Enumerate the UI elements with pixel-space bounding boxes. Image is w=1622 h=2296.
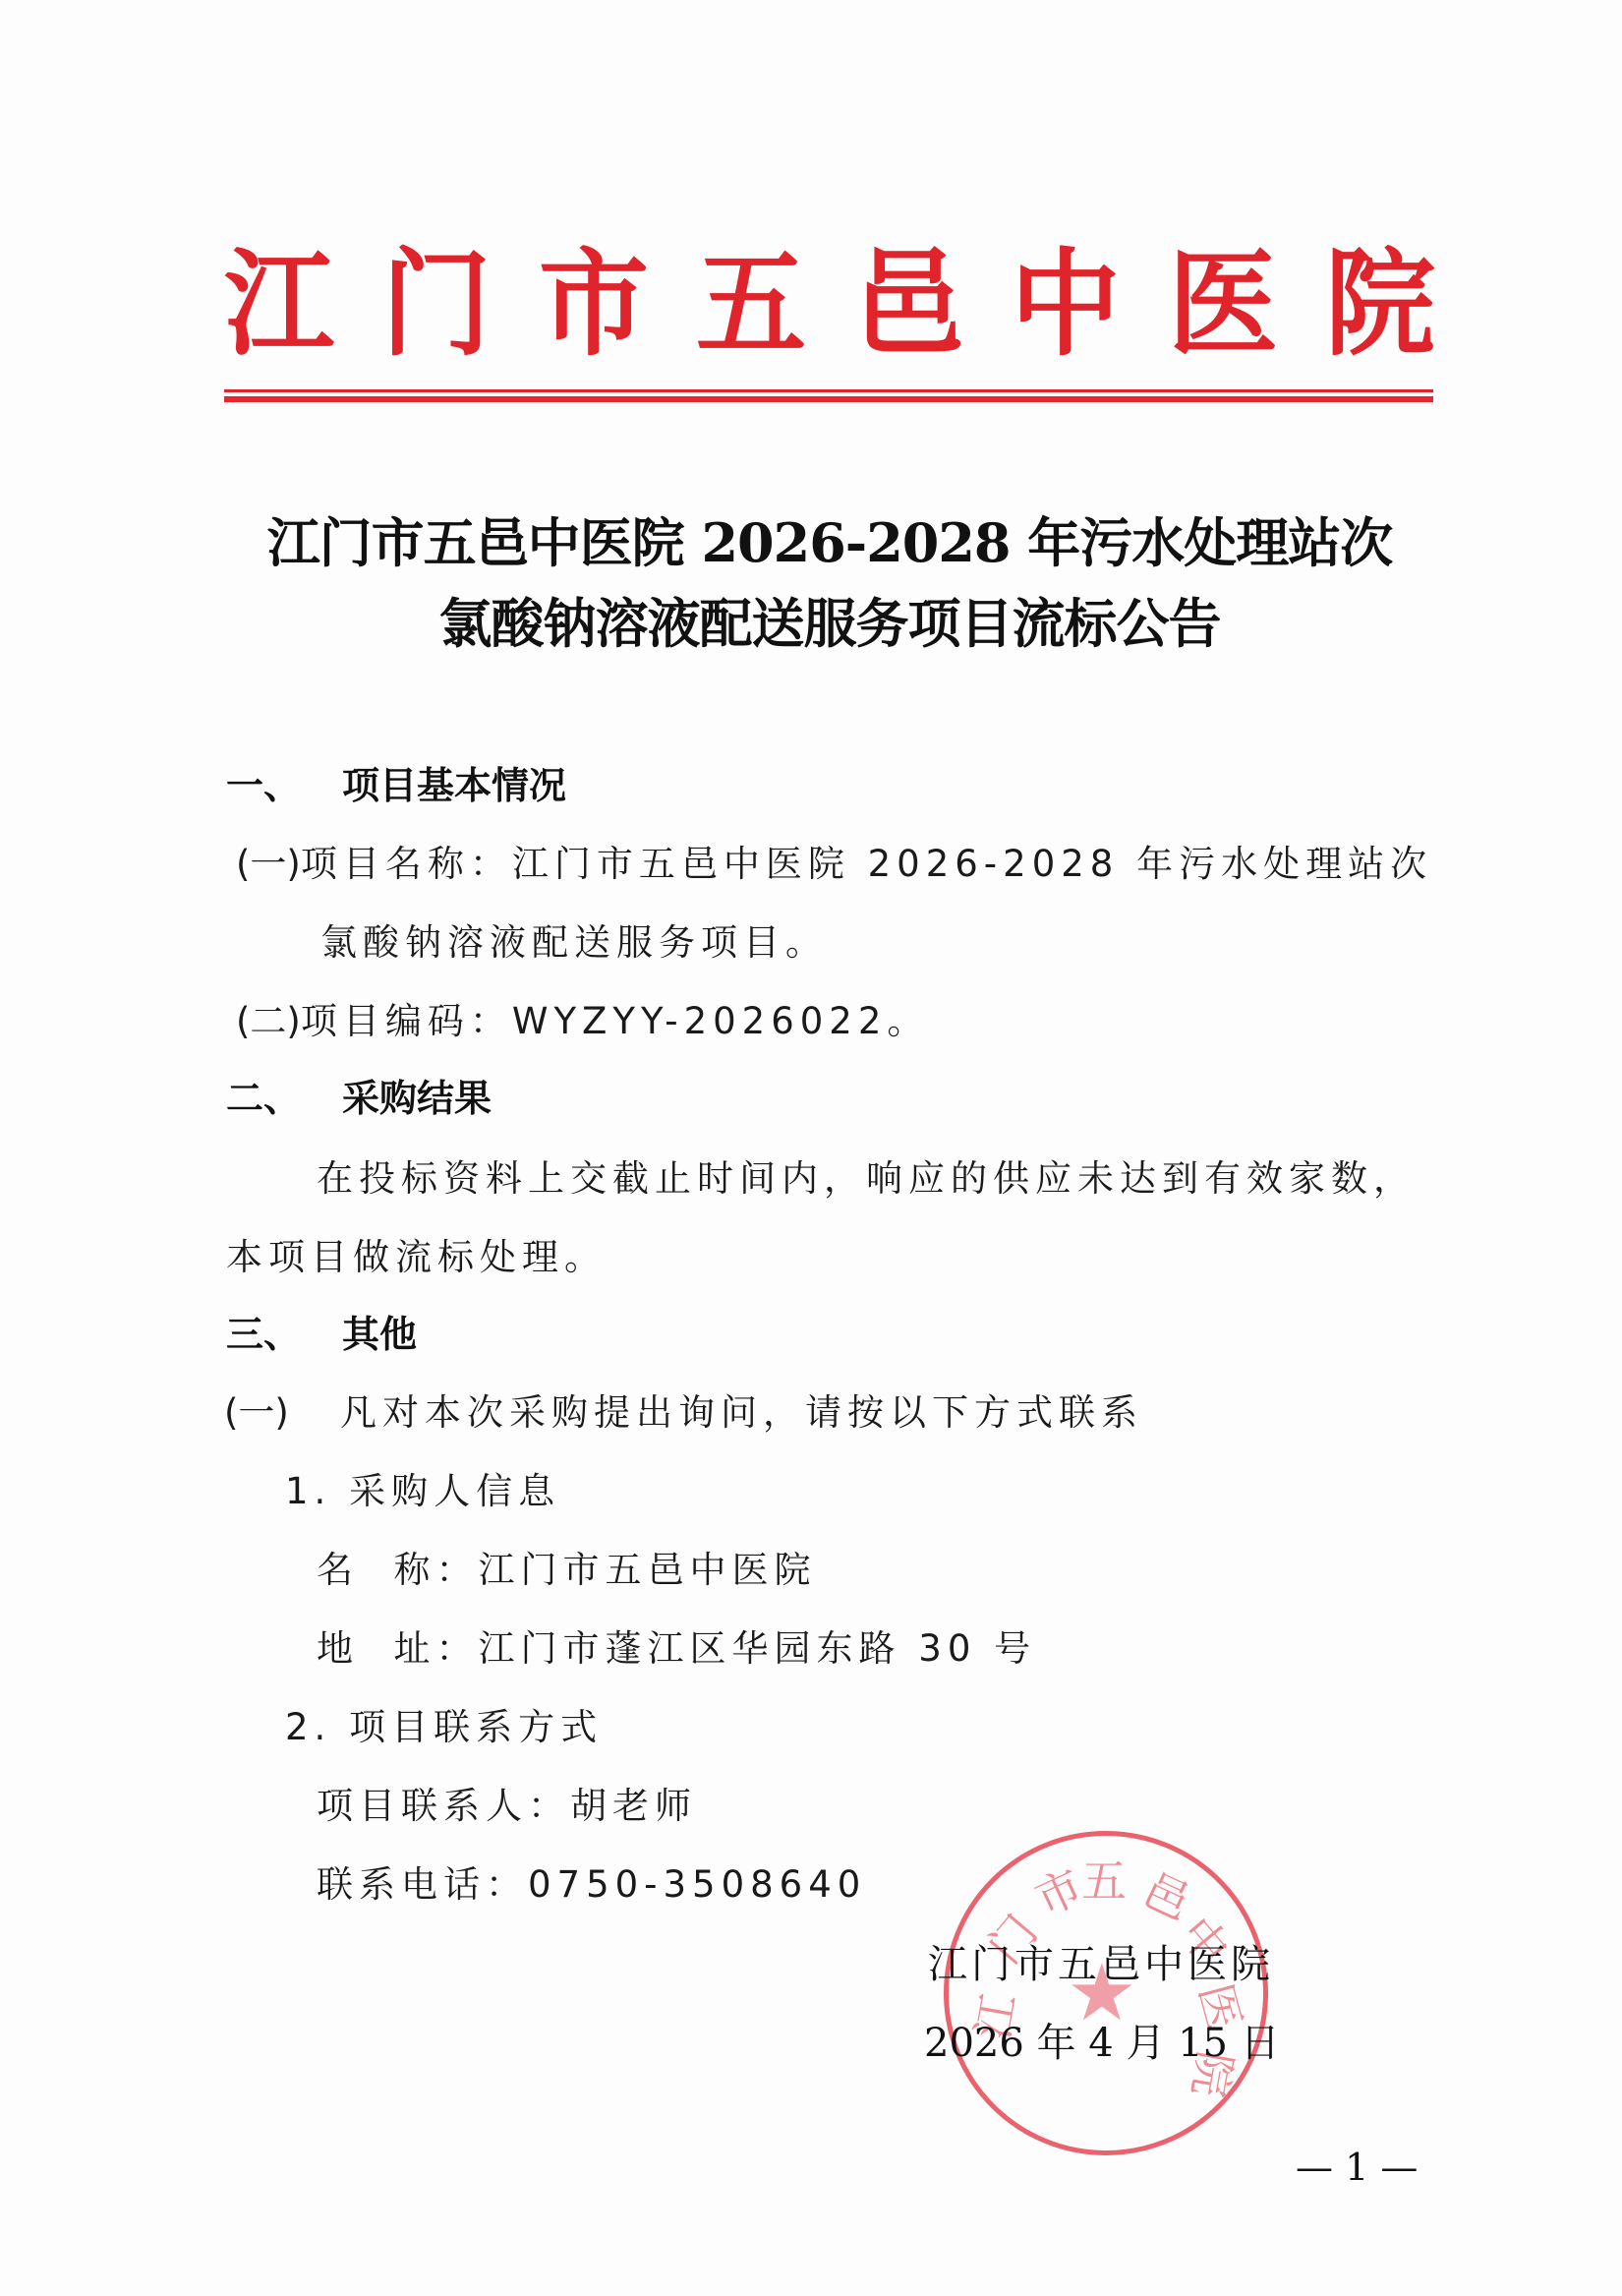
result-paragraph-line-2: 本项目做流标处理。 <box>226 1227 607 1280</box>
document-title-line-2: 氯酸钠溶液配送服务项目流标公告 <box>224 582 1435 658</box>
section-1-heading: 一、项目基本情况 <box>226 755 566 809</box>
letterhead-char: 邑 <box>853 247 963 363</box>
buyer-name: 名 称：江门市五邑中医院 <box>317 1540 817 1593</box>
letterhead-char: 中 <box>1011 247 1121 363</box>
official-seal: 江 门 市 五 邑 中 医 院 ★ <box>944 1831 1268 2155</box>
project-code: (二)项目编码：WYZYY-2026022。 <box>236 991 929 1044</box>
item-prefix: (一) <box>224 1383 340 1436</box>
section-2-heading: 二、采购结果 <box>226 1068 492 1122</box>
letterhead-char: 门 <box>381 247 492 363</box>
section-3-heading: 三、其他 <box>226 1304 417 1358</box>
item-prefix: (一) <box>236 843 301 885</box>
buyer-info-heading: 1. 采购人信息 <box>285 1461 560 1514</box>
section-3-title: 其他 <box>342 1313 417 1356</box>
letterhead-rule-thick <box>224 396 1433 402</box>
signature-date: 2026 年 4 月 15 日 <box>924 2012 1280 2068</box>
inquiry-instruction: (一)凡对本次采购提出询问，请按以下方式联系 <box>224 1383 1143 1436</box>
signature-organization: 江门市五邑中医院 <box>928 1933 1274 1989</box>
project-name-line-2: 氯酸钠溶液配送服务项目。 <box>320 913 828 966</box>
letterhead-char: 市 <box>539 247 649 363</box>
section-3-number: 三、 <box>226 1304 342 1358</box>
section-1-number: 一、 <box>226 755 342 809</box>
buyer-address: 地 址：江门市蓬江区华园东路 30 号 <box>317 1619 1036 1672</box>
seal-char: 五 <box>1081 1846 1127 1911</box>
letterhead-char: 江 <box>224 247 334 363</box>
letterhead-char: 医 <box>1168 247 1278 363</box>
contact-person: 项目联系人：胡老师 <box>317 1776 697 1829</box>
letterhead-rule-thin <box>224 389 1433 392</box>
section-1-title: 项目基本情况 <box>342 764 566 807</box>
result-paragraph-line-1: 在投标资料上交截止时间内，响应的供应未达到有效家数， <box>317 1148 1416 1202</box>
contact-phone: 联系电话：0750-3508640 <box>317 1854 866 1908</box>
section-2-number: 二、 <box>226 1068 342 1122</box>
item-prefix: (二) <box>236 1000 301 1042</box>
contact-heading: 2. 项目联系方式 <box>285 1697 603 1750</box>
letterhead-title: 江 门 市 五 邑 中 医 院 <box>224 236 1435 374</box>
document-title-line-1: 江门市五邑中医院 2026-2028 年污水处理站次 <box>224 501 1435 577</box>
section-2-title: 采购结果 <box>342 1077 492 1120</box>
project-name-line-1: (一)项目名称：江门市五邑中医院 2026-2028 年污水处理站次 <box>236 834 1432 887</box>
letterhead-char: 五 <box>696 247 806 363</box>
page-number: — 1 — <box>1296 2146 1418 2189</box>
letterhead-char: 院 <box>1325 247 1435 363</box>
